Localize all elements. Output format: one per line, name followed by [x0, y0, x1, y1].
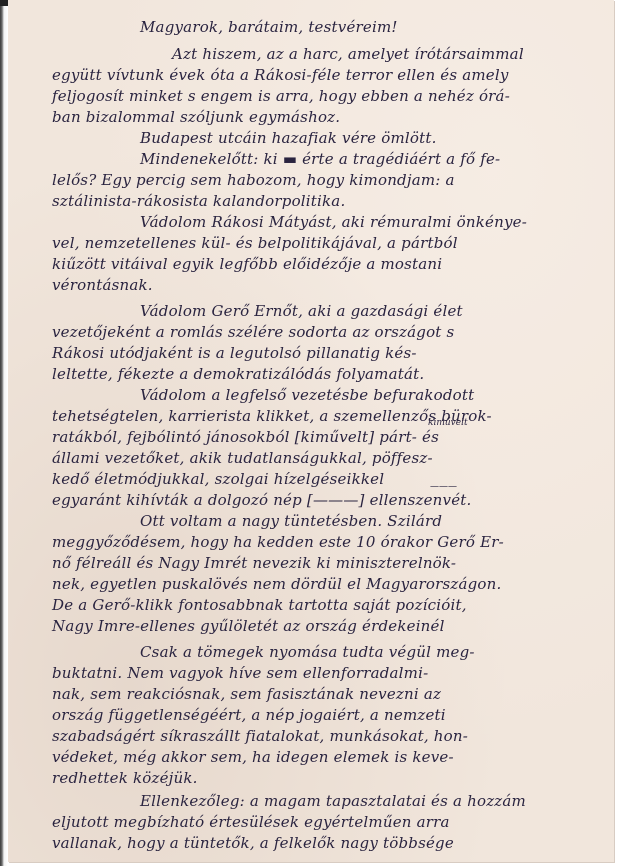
handwritten-line: meggyőződésem, hogy ha kedden este 10 ór…	[52, 533, 504, 551]
handwritten-line: Ellenkezőleg: a magam tapasztalatai és a…	[140, 792, 526, 810]
handwritten-line: együtt vívtunk évek óta a Rákosi-féle te…	[52, 66, 509, 84]
handwritten-line: Vádolom Rákosi Mátyást, aki rémuralmi ön…	[140, 213, 527, 231]
handwritten-line: Mindenekelőtt: ki ▬ érte a tragédiáért a…	[140, 150, 500, 168]
handwritten-line: tehetségtelen, karrierista klikket, a sz…	[52, 407, 492, 425]
handwritten-line: kiűzött vitáival egyik legfőbb előidézőj…	[52, 255, 442, 273]
handwritten-line: ország függetlenségéért, a nép jogaiért,…	[52, 706, 446, 724]
scan-left-edge	[0, 0, 8, 866]
handwritten-line: nek, egyetlen puskalövés nem dördül el M…	[52, 575, 501, 593]
handwritten-line: Vádolom Gerő Ernőt, aki a gazdasági élet	[140, 302, 463, 320]
handwritten-line: Csak a tömegek nyomása tudta végül meg-	[140, 643, 475, 661]
handwritten-line: De a Gerő-klikk fontosabbnak tartotta sa…	[52, 596, 467, 614]
handwritten-line: állami vezetőket, akik tudatlanságukkal,…	[52, 449, 433, 467]
interlinear-correction: kiművelt	[428, 418, 468, 428]
handwritten-line: redhettek közéjük.	[52, 769, 198, 787]
handwritten-line: Ott voltam a nagy tüntetésben. Szilárd	[140, 512, 442, 530]
handwritten-line: lelős? Egy percig sem habozom, hogy kimo…	[52, 171, 455, 189]
manuscript-page: Magyarok, barátaim, testvéreim!Azt hisze…	[8, 0, 614, 862]
handwritten-line: nő félreáll és Nagy Imrét nevezik ki min…	[52, 554, 456, 572]
interlinear-correction: ———	[430, 482, 457, 492]
handwritten-line: szabadságért síkraszállt fiatalokat, mun…	[52, 727, 468, 745]
handwritten-line: Azt hiszem, az a harc, amelyet írótársai…	[172, 45, 524, 63]
handwritten-line: Nagy Imre-ellenes gyűlöletét az ország é…	[52, 617, 445, 635]
handwritten-line: Rákosi utódjaként is a legutolsó pillana…	[52, 344, 417, 362]
handwritten-line: leltette, fékezte a demokratizálódás fol…	[52, 365, 424, 383]
handwritten-line: buktatni. Nem vagyok híve sem ellenforra…	[52, 664, 428, 682]
handwritten-line: eljutott megbízható értesülések egyértel…	[52, 813, 450, 831]
handwritten-line: feljogosít minket s engem is arra, hogy …	[52, 87, 510, 105]
handwritten-line: vallanak, hogy a tüntetők, a felkelők na…	[52, 834, 454, 852]
handwritten-line: ban bizalommal szóljunk egymáshoz.	[52, 108, 340, 126]
handwritten-line: kedő életmódjukkal, szolgai hízelgéseikk…	[52, 470, 384, 488]
handwritten-line: Magyarok, barátaim, testvéreim!	[140, 18, 398, 36]
handwritten-line: vel, nemzetellenes kül- és belpolitikájá…	[52, 234, 458, 252]
handwritten-line: sztálinista-rákosista kalandorpolitika.	[52, 192, 345, 210]
handwritten-line: védeket, még akkor sem, ha idegen elemek…	[52, 748, 454, 766]
handwritten-line: Budapest utcáin hazafiak vére ömlött.	[140, 129, 437, 147]
handwritten-line: vérontásnak.	[52, 276, 153, 294]
handwritten-line: ratákból, fejbólintó jánosokból [kiművel…	[52, 428, 439, 446]
handwritten-line: vezetőjeként a romlás szélére sodorta az…	[52, 323, 454, 341]
handwritten-line: Vádolom a legfelső vezetésbe befurakodot…	[140, 386, 474, 404]
handwritten-line: nak, sem reakciósnak, sem fasisztának ne…	[52, 685, 441, 703]
handwritten-line: egyaránt kihívták a dolgozó nép [———] el…	[52, 491, 471, 509]
